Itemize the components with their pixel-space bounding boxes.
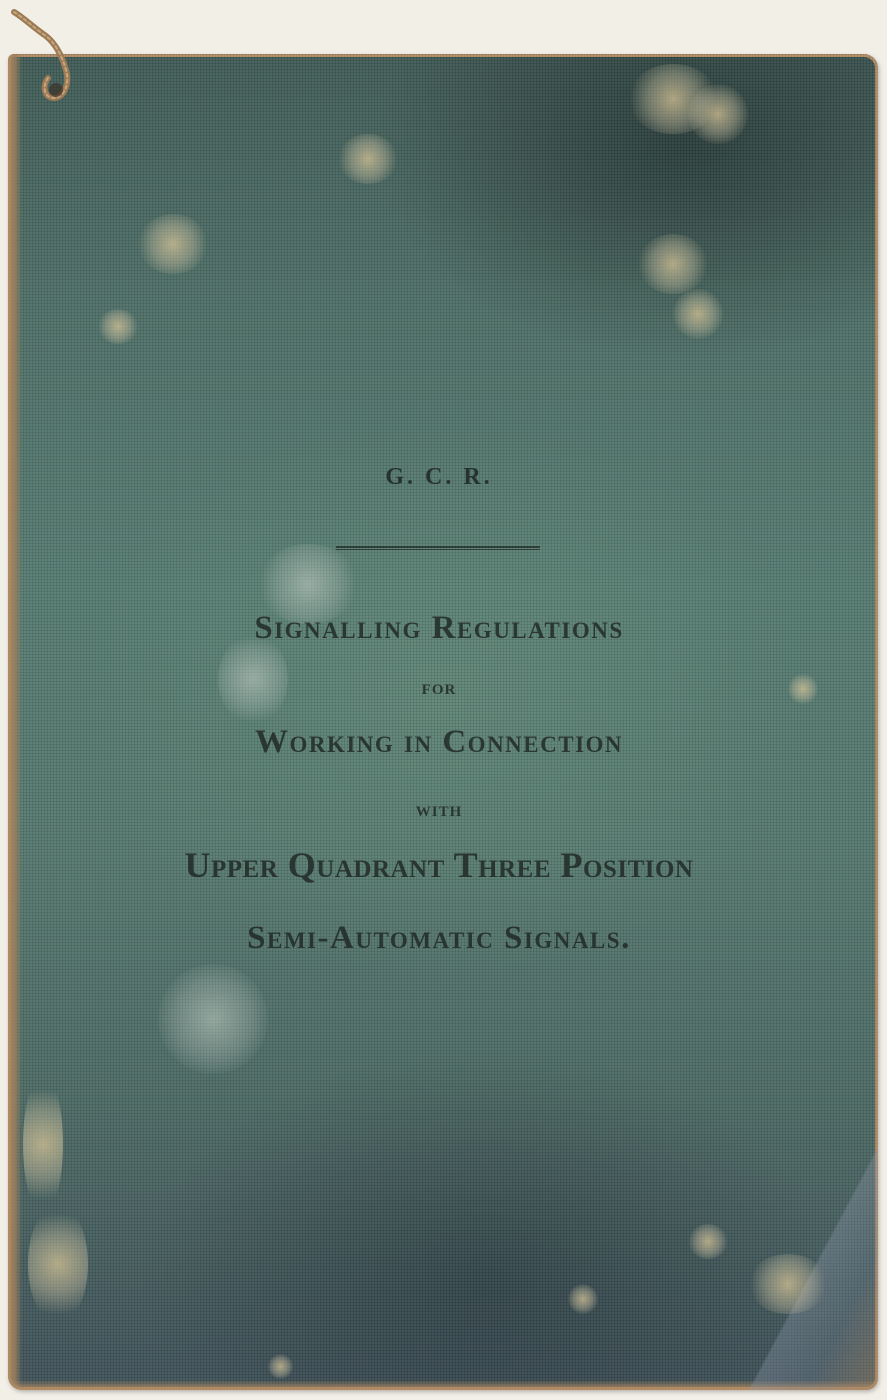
title-line-1: Signalling Regulations (8, 610, 870, 647)
cover-title-block: G. C. R. Signalling Regulations for Work… (8, 54, 878, 1390)
title-line-3: Working in Connection (8, 724, 870, 761)
title-line-4: with (8, 804, 870, 821)
title-line-2: for (8, 682, 870, 699)
string-tie-icon (6, 4, 76, 104)
publisher-initials: G. C. R. (8, 464, 870, 491)
title-line-5: Upper Quadrant Three Position (8, 844, 870, 886)
title-line-6: Semi-Automatic Signals. (8, 920, 870, 957)
decorative-rule (336, 546, 540, 550)
photo-background: G. C. R. Signalling Regulations for Work… (0, 0, 887, 1400)
book-cover: G. C. R. Signalling Regulations for Work… (8, 54, 878, 1390)
